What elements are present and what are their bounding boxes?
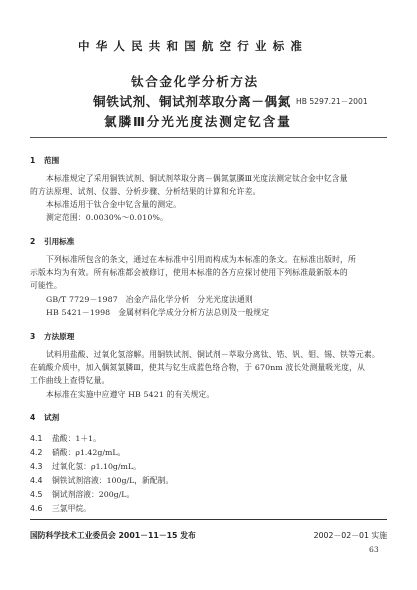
paragraph: 本标准规定了采用铜铁试剂、铜试剂萃取分离－偶氮氯膦Ⅲ光度法测定钛合金中钇含量 xyxy=(46,173,348,184)
reference-title: 冶金产品化学分析 分光光度法通则 xyxy=(126,295,253,304)
reagent-item: 4.3过氧化氢：ρ1.10g/mL。 xyxy=(30,461,141,472)
section-heading-1: 1范围 xyxy=(30,155,59,166)
section-number: 2 xyxy=(30,237,44,246)
issue-statement: 国防科学技术工业委员会 2001－11－15 发布 xyxy=(30,530,196,541)
item-number: 4.5 xyxy=(30,490,52,499)
item-number: 4.1 xyxy=(30,434,52,443)
item-number: 4.3 xyxy=(30,462,52,471)
item-text: 过氧化氢：ρ1.10g/mL。 xyxy=(52,462,141,471)
item-text: 铜铁试剂溶液：100g/L，新配制。 xyxy=(52,476,173,485)
section-heading-2: 2引用标准 xyxy=(30,236,74,247)
item-number: 4.4 xyxy=(30,476,52,485)
item-text: 铜试剂溶液：200g/L。 xyxy=(52,490,134,499)
section-title: 范围 xyxy=(44,156,59,165)
item-number: 4.6 xyxy=(30,504,52,513)
reagent-item: 4.6三氯甲烷。 xyxy=(30,503,91,514)
section-heading-3: 3方法原理 xyxy=(30,331,74,342)
section-number: 4 xyxy=(30,413,44,422)
paragraph: 可能性。 xyxy=(30,280,62,291)
item-text: 三氯甲烷。 xyxy=(52,504,91,513)
section-number: 1 xyxy=(30,156,44,165)
reagent-item: 4.4铜铁试剂溶液：100g/L，新配制。 xyxy=(30,475,173,486)
reference-item: GB/T 7729－1987 冶金产品化学分析 分光光度法通则 xyxy=(46,294,253,305)
reference-code: GB/T 7729－1987 xyxy=(46,295,118,304)
reagent-item: 4.2硝酸：ρ1.42g/mL。 xyxy=(30,447,125,458)
paragraph: 示版本均为有效。所有标准都会被修订，使用本标准的各方应探讨使用下列标准最新版本的 xyxy=(30,267,348,278)
section-heading-4: 4试剂 xyxy=(30,412,59,423)
item-text: 硝酸：ρ1.42g/mL。 xyxy=(52,448,125,457)
title-line-2: 铜铁试剂、铜试剂萃取分离－偶氮 xyxy=(93,91,291,110)
item-text: 盐酸：1＋1。 xyxy=(52,434,101,443)
paragraph: 本标准适用于钛合金中钇含量的测定。 xyxy=(46,199,181,210)
paragraph: 在硫酸介质中，加入偶氮氯膦Ⅲ，使其与钇生成蓝色络合物，于 670nm 波长处测量… xyxy=(30,362,365,373)
reagent-item: 4.1盐酸：1＋1。 xyxy=(30,433,101,444)
standard-code: HB 5297.21－2001 xyxy=(296,96,368,107)
header-divider xyxy=(30,137,387,138)
section-title: 引用标准 xyxy=(44,237,74,246)
paragraph: 测定范围：0.0030%～0.010%。 xyxy=(46,212,168,223)
reference-title: 金属材料化学成分分析方法总则及一般规定 xyxy=(118,308,269,317)
reference-code: HB 5421－1998 xyxy=(46,308,110,317)
paragraph: 本标准在实施中应遵守 HB 5421 的有关规定。 xyxy=(46,389,214,400)
title-line-3: 氯膦Ⅲ分光光度法测定钇含量 xyxy=(104,111,292,130)
effective-statement: 2002－02－01 实施 xyxy=(314,530,387,541)
paragraph: 下列标准所包含的条文，通过在本标准中引用而构成为本标准的条文。在标准出版时，所 xyxy=(46,254,356,265)
issuer-line: 中华人民共和国航空行业标准 xyxy=(78,38,308,54)
reagent-item: 4.5铜试剂溶液：200g/L。 xyxy=(30,489,134,500)
section-number: 3 xyxy=(30,332,44,341)
paragraph: 试料用盐酸、过氧化氢溶解。用铜铁试剂、铜试剂－萃取分离钛、锆、钒、钼、锡、铁等元… xyxy=(46,349,380,360)
paragraph: 工作曲线上查得钇量。 xyxy=(30,375,109,386)
reference-item: HB 5421－1998 金属材料化学成分分析方法总则及一般规定 xyxy=(46,307,269,318)
footer-divider xyxy=(30,519,387,520)
title-line-1: 钛合金化学分析方法 xyxy=(131,71,259,90)
section-title: 试剂 xyxy=(44,413,59,422)
paragraph: 的方法原理、试剂、仪器、分析步骤、分析结果的计算和允许差。 xyxy=(30,186,260,197)
page-number: 63 xyxy=(369,545,379,554)
section-title: 方法原理 xyxy=(44,332,74,341)
item-number: 4.2 xyxy=(30,448,52,457)
